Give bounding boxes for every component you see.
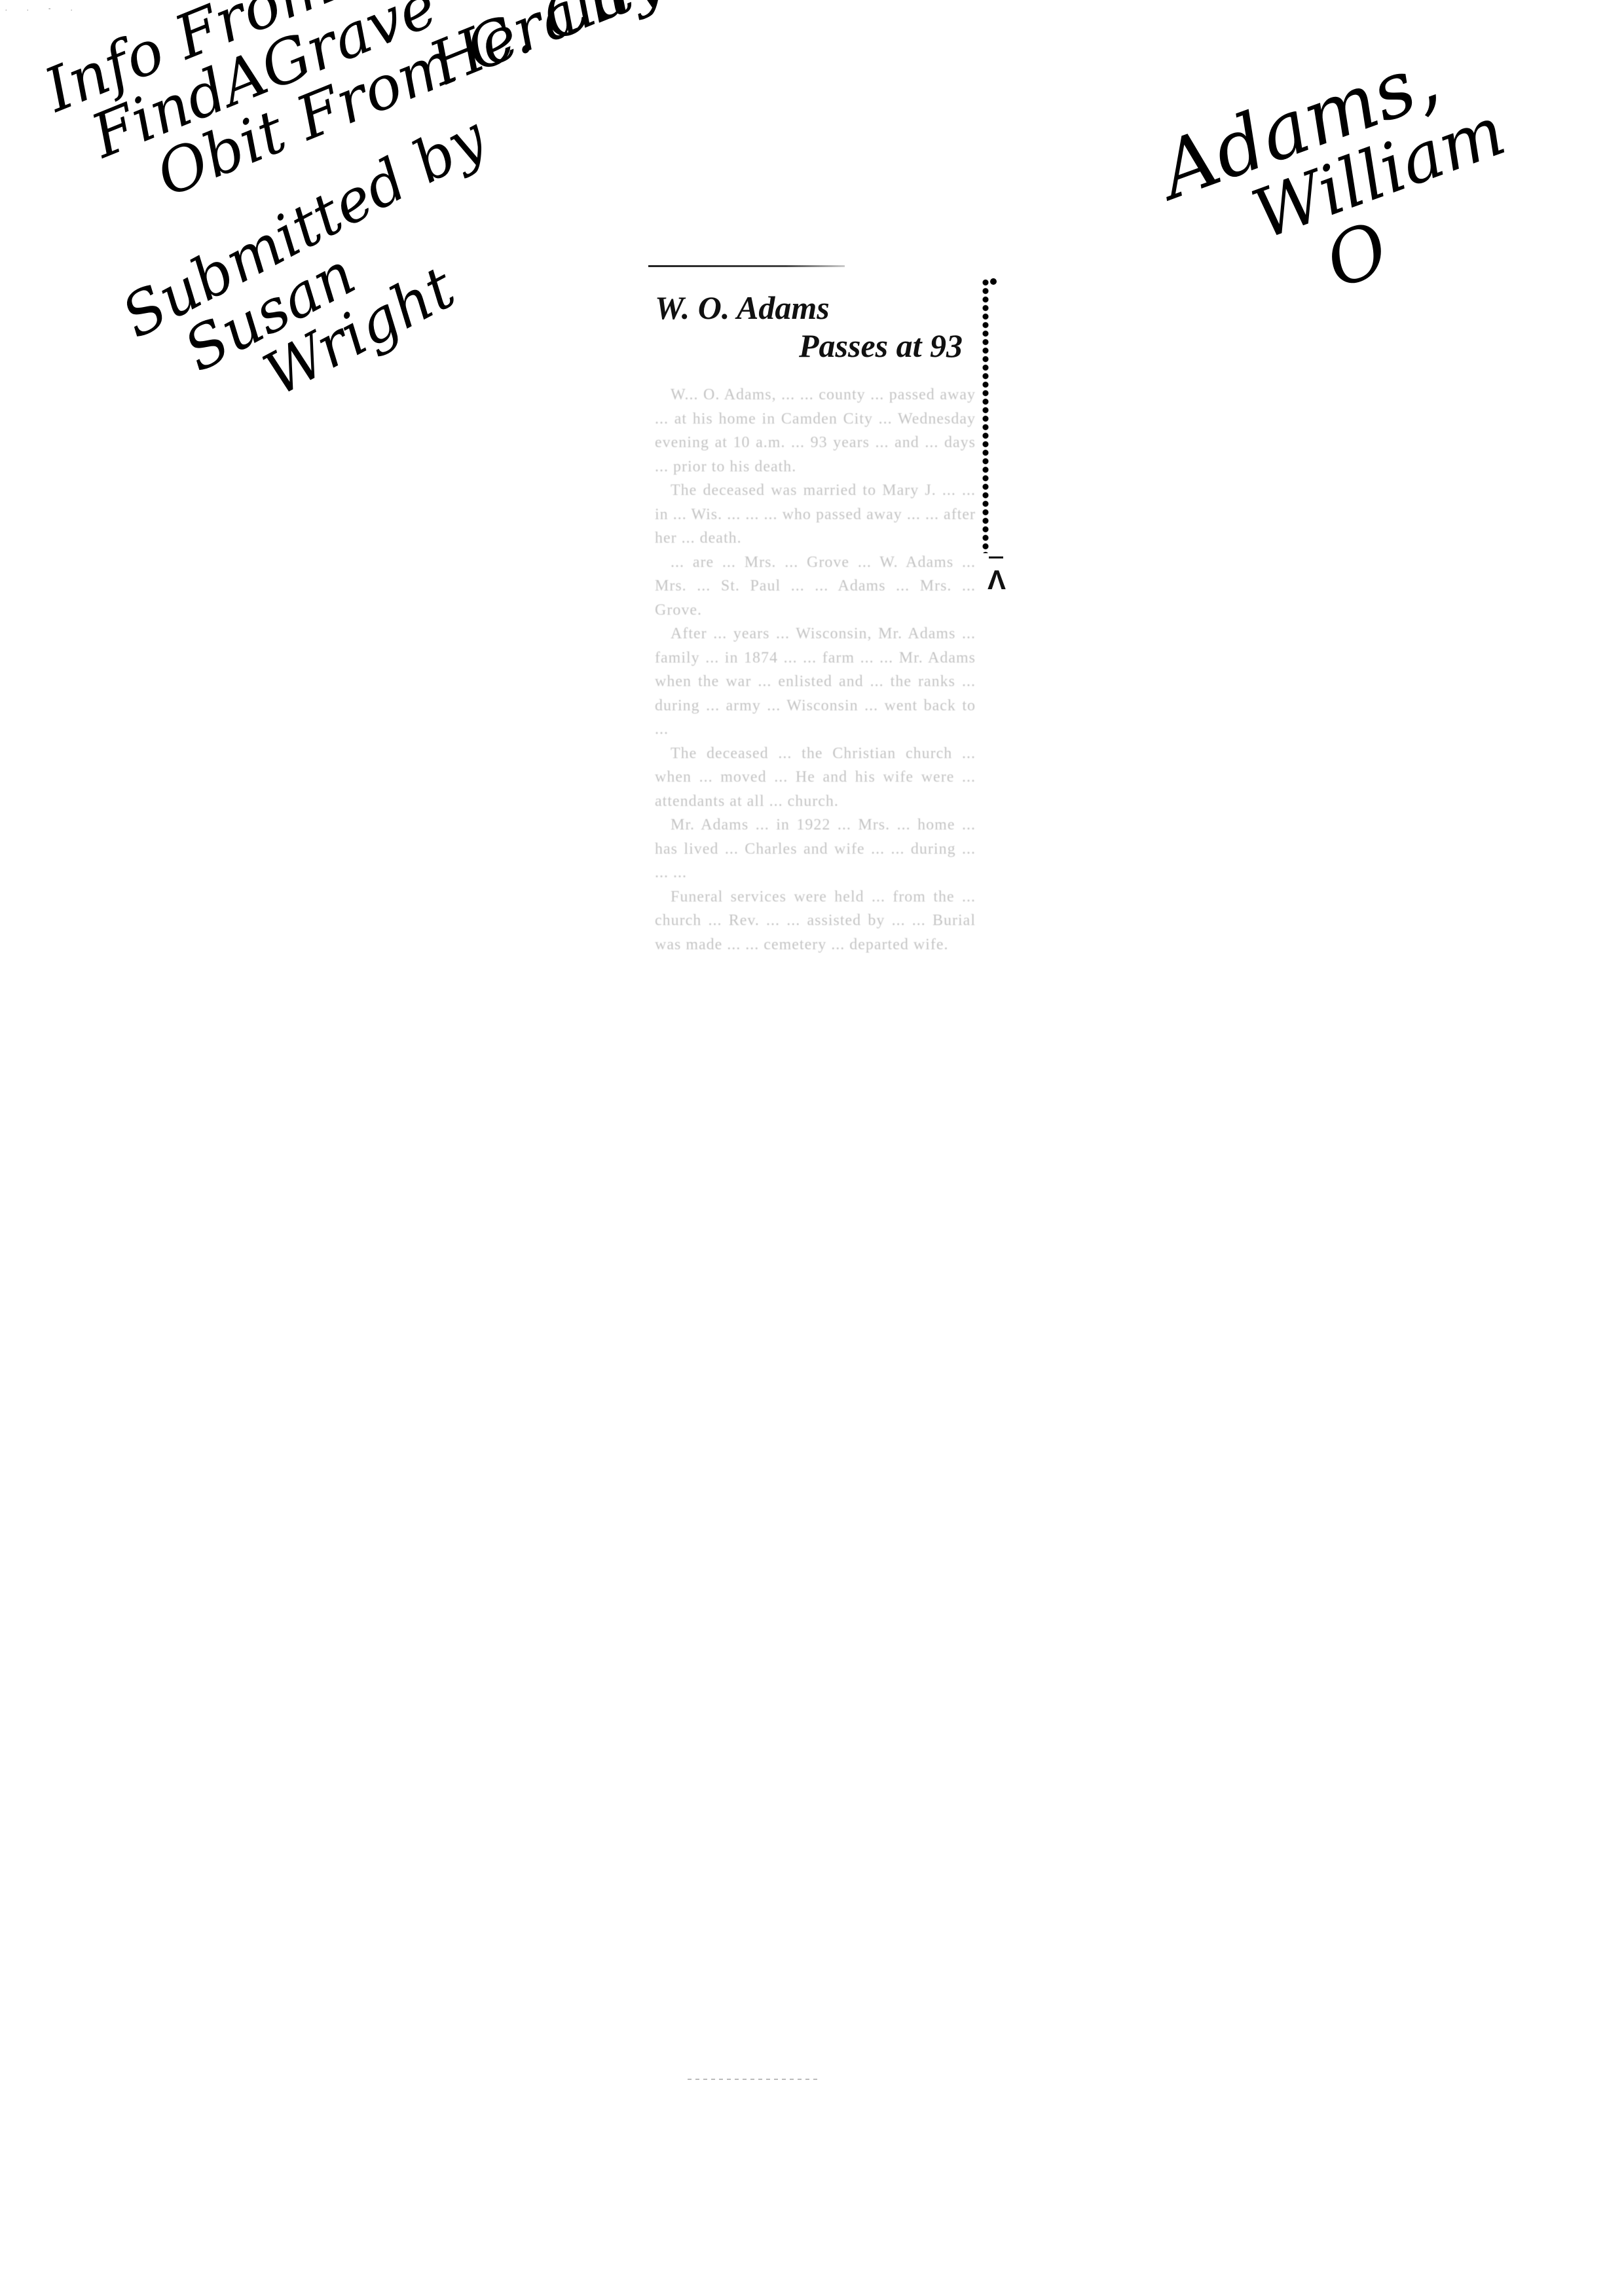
body-paragraph: ... are ... Mrs. ... Grove ... W. Adams … (655, 551, 976, 623)
handwritten-name-note: Adams, William O (1150, 24, 1538, 342)
body-paragraph: Mr. Adams ... in 1922 ... Mrs. ... home … (655, 813, 976, 885)
body-paragraph: After ... years ... Wisconsin, Mr. Adams… (655, 622, 976, 742)
body-paragraph: Funeral services were held ... from the … (655, 885, 976, 957)
scan-specks: . . - . (5, 5, 81, 12)
caret-mark: Λ (987, 566, 1006, 594)
clipping-top-rule (648, 265, 845, 267)
headline-line-2: Passes at 93 (655, 327, 963, 365)
headline-line-1: W. O. Adams (655, 289, 963, 327)
body-paragraph: The deceased was married to Mary J. ... … (655, 479, 976, 551)
dotted-rule-top-dot (990, 278, 997, 285)
dash-mark (989, 556, 1003, 558)
newspaper-clipping: W. O. Adams Passes at 93 Λ W... O. Adams… (648, 265, 1035, 2131)
dotted-column-rule (981, 278, 990, 553)
obituary-headline: W. O. Adams Passes at 93 (655, 289, 963, 365)
body-paragraph: The deceased ... the Christian church ..… (655, 742, 976, 814)
obituary-body: W... O. Adams, ... ... county ... passed… (655, 383, 976, 957)
body-paragraph: W... O. Adams, ... ... county ... passed… (655, 383, 976, 479)
clipping-end-rule (688, 2079, 819, 2080)
